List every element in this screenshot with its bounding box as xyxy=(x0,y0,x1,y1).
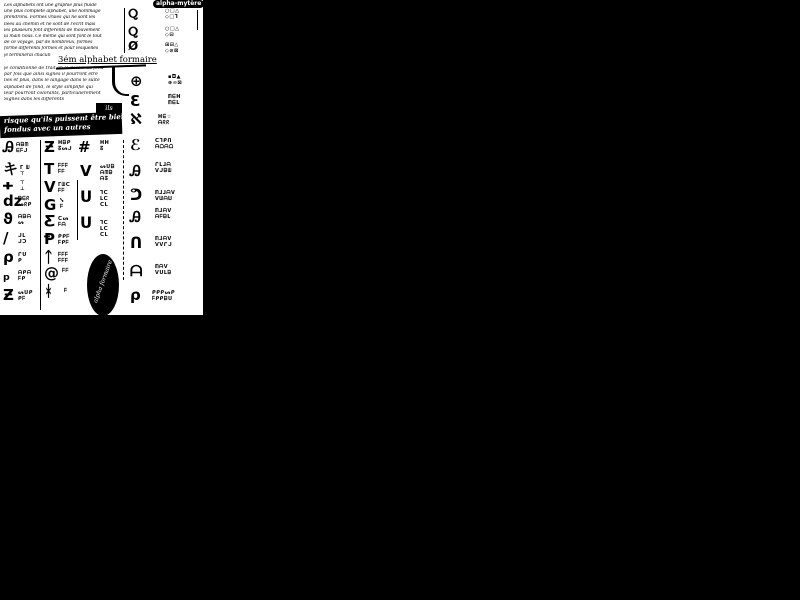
glyph-variants: ᒍᒪ ᒍᑐ xyxy=(18,233,27,245)
section-heading: 3ém alphabet formaire xyxy=(58,55,157,65)
glyph-variants: ᗩᗷᗩ ᔕ xyxy=(18,214,31,226)
glyph: @ xyxy=(44,266,59,281)
glyph-variants: ○□△ ◇⊟ xyxy=(165,26,179,38)
glyph: V xyxy=(44,180,56,195)
glyph-variants: ᑕᔕ ᖴᗩ xyxy=(58,216,69,228)
glyph-variants: ᗷᗴᖇ ᔕᖇᑭ xyxy=(18,196,32,208)
column-divider xyxy=(40,140,41,310)
glyph: V xyxy=(80,164,92,179)
signature-oval: alpha formaire xyxy=(87,254,119,316)
glyph: G xyxy=(44,198,56,213)
glyph: ᑌ xyxy=(80,216,92,231)
glyph: ᛏ xyxy=(44,250,53,265)
glyph: ρ xyxy=(130,288,141,303)
glyph: Ƹ xyxy=(44,214,56,229)
glyph-variants: ⊤ ⊥ xyxy=(20,180,25,192)
glyph-variants: ᑕᒣᑭᑎ ᗩᗝᗩᗝ xyxy=(155,138,174,150)
glyph: / xyxy=(3,231,8,246)
glyph-variants: ᖴ xyxy=(64,288,67,294)
page-bottom-border xyxy=(0,315,203,316)
glyph: ᗩ xyxy=(130,264,142,279)
glyph: ᑌ xyxy=(80,190,92,205)
glyph: ℵ xyxy=(130,112,142,127)
glyph: キ xyxy=(3,162,18,177)
glyph-variants: ▪◘▲ ⊕∞⊠ xyxy=(168,74,182,86)
glyph-variants: ᒋᑌ ᑭ xyxy=(18,252,27,264)
column-divider xyxy=(77,180,78,240)
glyph-variants: ᑭᑭᑭᔕᑭ ᖴᑭᑭᗷᑌ xyxy=(152,290,175,302)
glyph-variants: ᗩᗷᗰ ᗴᖴᒍ xyxy=(16,142,29,154)
glyph: ℰ xyxy=(130,138,141,153)
column-divider xyxy=(123,140,125,280)
glyph-variants: ᒥ ᗯ ⊤ xyxy=(20,165,30,177)
glyph-variants: ᕼᗴ☆ ᗩᖇᖇ xyxy=(158,114,172,126)
glyph-variants: ○□△ ◇□ᒣ xyxy=(165,8,179,20)
glyph: T xyxy=(44,162,54,177)
glyph-variants: ᖴᖴ xyxy=(62,268,69,274)
glyph: ϑ xyxy=(3,212,13,227)
intro-paragraph: Les alphabets ont une graphie plus fluid… xyxy=(4,3,117,59)
glyph-variants: ᗰᒧᒧᗩᐯ ᐯᗯᗩᗯ xyxy=(155,190,175,202)
glyph-variants: ᔕᑌᗷ ᗩᗰᗷ ᗩᘔ xyxy=(100,164,115,182)
glyph: ᑎ xyxy=(130,236,142,251)
glyph: Ⴍ xyxy=(128,8,138,20)
glyph-variants: ᗩᑭᗩ ᖴᑭ xyxy=(18,270,32,282)
glyph: ρ xyxy=(3,250,14,265)
glyph-variants: ᗰᒧᗩᐯ ᗩᖴᗷᒪ xyxy=(155,208,172,220)
glyph-variants: ᔕᑌᑭ ᑭᖴ xyxy=(18,290,33,302)
glyph: ₚ xyxy=(3,268,10,283)
glyph: # xyxy=(78,140,91,155)
glyph: Ꭿ xyxy=(3,140,14,155)
glyph: ⊕ xyxy=(130,74,143,89)
glyph: Ƶ xyxy=(3,288,14,303)
glyph: ᕤ xyxy=(130,188,142,203)
glyph-variants: ᕼᕼ ᘔ xyxy=(100,140,109,152)
title-badge: alpha-mytère xyxy=(153,0,203,8)
glyph-variants: ᓭ ᖴ xyxy=(60,198,64,210)
glyph-variants: ᕼᗷᑭ ᘔᔕᒍ xyxy=(58,140,72,152)
glyph-variants: ᒣᑕ ᒪᑕ ᑕᒪ xyxy=(100,190,108,208)
glyph: Ø xyxy=(128,40,138,52)
glyph-variants: ᒥᗯᑕ ᖴᖴ xyxy=(58,182,70,194)
glyph: Ɛ xyxy=(130,94,140,109)
glyph-variants: ᑭᑭᖴ ᖴᑭᖴ xyxy=(58,234,70,246)
glyph-variants: ᗰᗩᐯ ᐯᑌᒪᗷ xyxy=(155,264,172,276)
glyph: Ꭿ xyxy=(130,210,141,225)
oval-text: alpha formaire xyxy=(91,256,115,307)
glyph: ᚐ xyxy=(3,178,13,193)
glyph-variants: ᒣᑕ ᒪᑕ ᑕᒪ xyxy=(100,220,108,238)
column-divider xyxy=(124,8,125,53)
glyph-variants: ᖴᖴᖴ ᖴᖴ xyxy=(58,163,68,175)
glyph-variants: ⊞⊟△ ◇⊘⊠ xyxy=(165,42,179,54)
column-divider xyxy=(197,10,198,30)
glyph-variants: ᖴᖴᖴ ᖴᖴᖴ xyxy=(58,252,68,264)
glyph-variants: ᗰᒧᗩᐯ ᐯᐯᒋᒍ xyxy=(155,236,172,248)
scanned-page: alpha-mytère Les alphabets ont une graph… xyxy=(0,0,203,316)
glyph-variants: ᒋᒪᒧᗩ ᐯᒍᗷᗯ xyxy=(155,162,172,174)
glyph: Ꭿ xyxy=(130,164,141,179)
glyph: Ᵽ xyxy=(44,232,55,247)
highlight-banner: risque qu'ils puissent être bien fondus … xyxy=(0,112,122,138)
glyph: Ƶ xyxy=(44,140,55,155)
glyph: Ⴍ xyxy=(128,26,138,38)
second-paragraph: je conditionné de trait en le dessin au … xyxy=(4,66,122,103)
glyph-variants: ᗰᗴᕼ ᗰᗴᒪ xyxy=(168,94,181,106)
glyph: ᚼ xyxy=(44,284,53,299)
